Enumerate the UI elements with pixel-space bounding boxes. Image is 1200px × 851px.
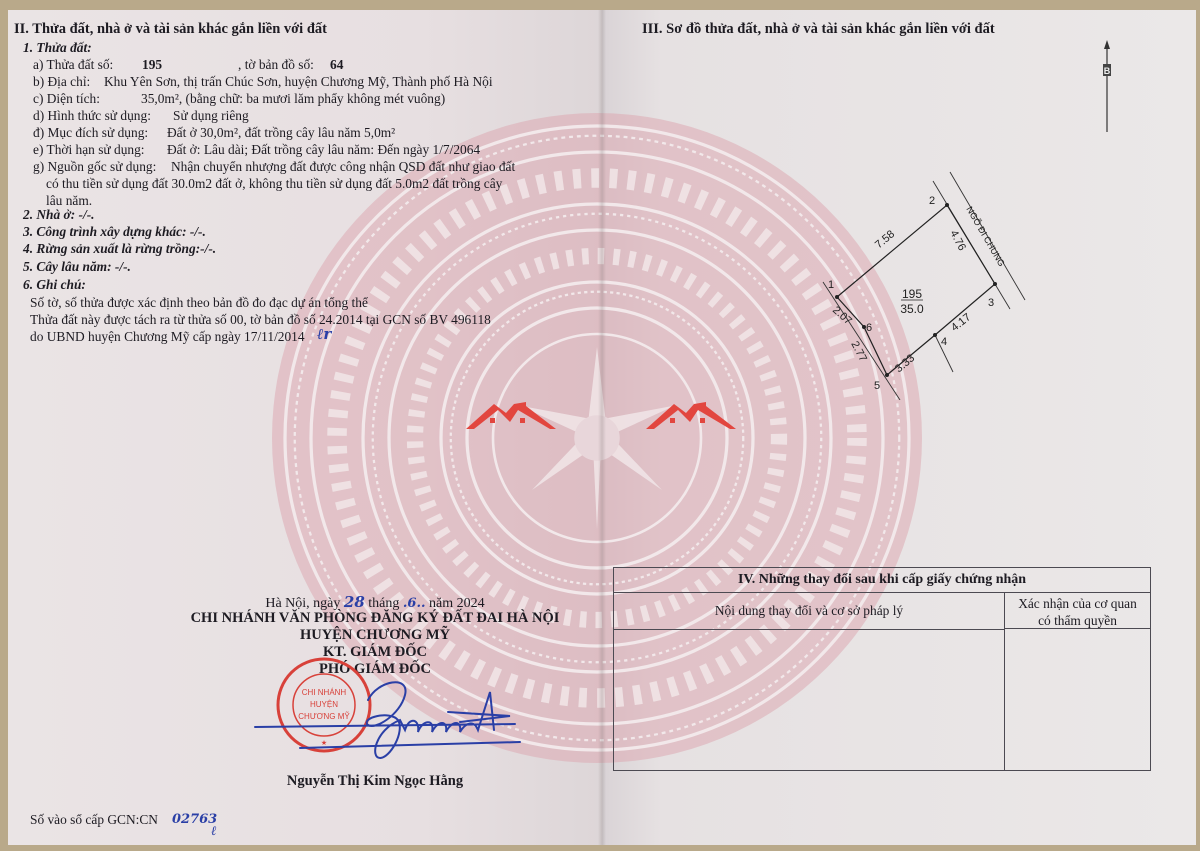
notes-line-1: Số tờ, số thửa được xác định theo bản đồ…: [30, 295, 368, 311]
address-label: b) Địa chỉ:: [33, 74, 90, 90]
house-logo-icon: [466, 400, 556, 432]
section-ii-title: II. Thửa đất, nhà ở và tài sản khác gắn …: [14, 21, 327, 38]
notes-line-3: do UBND huyện Chương Mỹ cấp ngày 17/11/2…: [30, 329, 305, 345]
notes-line-2: Thửa đất này được tách ra từ thửa số 00,…: [30, 312, 491, 328]
column-header-change-content: Nội dung thay đổi và cơ sở pháp lý: [614, 593, 1004, 630]
svg-text:NGÕ ĐI CHUNG: NGÕ ĐI CHUNG: [964, 205, 1006, 268]
registry-initial: ℓ: [211, 823, 217, 839]
svg-text:195: 195: [902, 287, 922, 301]
changes-table-title: IV. Những thay đổi sau khi cấp giấy chứn…: [614, 568, 1150, 593]
address-value: Khu Yên Sơn, thị trấn Chúc Sơn, huyện Ch…: [104, 74, 493, 90]
parcel-number-value: 195: [142, 57, 162, 73]
svg-text:6: 6: [866, 322, 872, 334]
svg-text:7.58: 7.58: [873, 228, 897, 251]
svg-text:4.76: 4.76: [947, 228, 968, 253]
svg-text:3.33: 3.33: [893, 352, 917, 375]
house-item: 2. Nhà ở: -/-.: [23, 207, 95, 223]
authority-confirmation-cell: [1005, 630, 1150, 770]
change-content-cell: [614, 630, 1004, 770]
changes-table: IV. Những thay đổi sau khi cấp giấy chứn…: [613, 567, 1151, 771]
col2-line1: Xác nhận của cơ quan: [1005, 595, 1150, 612]
svg-text:B: B: [1104, 66, 1111, 76]
perennial-item: 5. Cây lâu năm: -/-.: [23, 259, 131, 275]
date-month-label: tháng: [368, 596, 399, 611]
date-year: năm 2024: [429, 596, 485, 611]
registry-label: Số vào sổ cấp GCN:CN: [30, 812, 158, 828]
svg-text:2.77: 2.77: [848, 339, 869, 364]
notes-heading: 6. Ghi chú:: [23, 277, 86, 293]
column-header-authority-confirmation: Xác nhận của cơ quan có thẩm quyền: [1004, 593, 1150, 629]
issuing-org-line2: HUYỆN CHƯƠNG MỸ: [150, 627, 600, 644]
svg-text:3: 3: [988, 297, 994, 309]
area-value: 35,0m², (bằng chữ: ba mươi lăm phẩy khôn…: [141, 91, 445, 107]
house-logo-icon: [646, 400, 736, 432]
origin-label: g) Nguồn gốc sử dụng:: [33, 159, 156, 175]
initials-handwritten: ℓr: [317, 325, 331, 344]
origin-value-2: có thu tiền sử dụng đất 30.0m2 đất ở, kh…: [46, 176, 502, 192]
svg-text:2: 2: [929, 195, 935, 207]
page-fold: [598, 10, 606, 845]
map-sheet-label: , tờ bản đồ số:: [238, 57, 314, 73]
issuing-org-line1: CHI NHÁNH VĂN PHÒNG ĐĂNG KÝ ĐẤT ĐAI HÀ N…: [150, 610, 600, 627]
svg-text:4.17: 4.17: [949, 311, 973, 334]
area-label: c) Diện tích:: [33, 91, 100, 107]
map-sheet-value: 64: [330, 57, 343, 73]
forest-item: 4. Rừng sản xuất là rừng trồng:-/-.: [23, 241, 216, 257]
land-heading: 1. Thửa đất:: [23, 40, 92, 56]
usage-form-value: Sử dụng riêng: [173, 108, 249, 124]
section-iii-title: III. Sơ đồ thửa đất, nhà ở và tài sản kh…: [642, 21, 995, 38]
signer-name: Nguyễn Thị Kim Ngọc Hằng: [150, 773, 600, 790]
other-construction-item: 3. Công trình xây dựng khác: -/-.: [23, 224, 206, 240]
usage-purpose-label: đ) Mục đích sử dụng:: [33, 125, 148, 141]
svg-text:35.0: 35.0: [900, 302, 924, 316]
parcel-diagram: 1234567.584.764.173.332.772.0719535.0NGÕ…: [800, 160, 1060, 400]
usage-form-label: d) Hình thức sử dụng:: [33, 108, 151, 124]
date-day: 28: [344, 593, 365, 611]
north-arrow-icon: B: [1101, 40, 1113, 132]
parcel-number-label: a) Thửa đất số:: [33, 57, 113, 73]
handwritten-signature: [250, 670, 540, 760]
svg-text:1: 1: [828, 279, 834, 291]
signer-role-line1: KT. GIÁM ĐỐC: [150, 644, 600, 661]
svg-text:5: 5: [874, 380, 880, 392]
col2-line2: có thẩm quyền: [1005, 612, 1150, 629]
date-prefix: Hà Nội, ngày: [265, 596, 340, 611]
usage-term-value: Đất ở: Lâu dài; Đất trồng cây lâu năm: Đ…: [167, 142, 480, 158]
usage-term-label: e) Thời hạn sử dụng:: [33, 142, 145, 158]
origin-value-1: Nhận chuyển nhượng đất được công nhận QS…: [171, 159, 515, 175]
usage-purpose-value: Đất ở 30,0m², đất trồng cây lâu năm 5,0m…: [167, 125, 395, 141]
svg-text:4: 4: [941, 336, 947, 348]
